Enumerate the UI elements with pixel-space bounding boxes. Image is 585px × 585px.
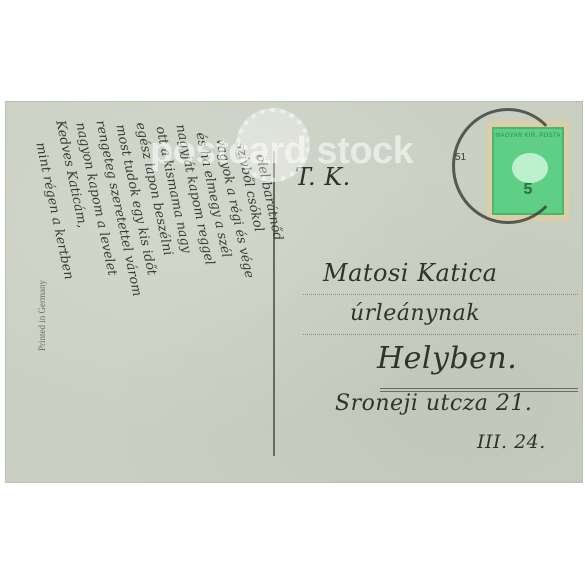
addressee-title: úrleánynak — [350, 301, 480, 326]
postmark-text: 51 — [455, 152, 466, 163]
addressee-name: Matosi Katica — [323, 259, 497, 287]
watermark-text: postcard stock — [150, 130, 413, 173]
printed-in-germany-label: Printed in Germany — [37, 280, 47, 351]
date-text: III. 24. — [477, 431, 546, 453]
postmark-circle — [452, 108, 564, 224]
address-dotted-line — [303, 334, 578, 335]
address-dotted-line — [303, 294, 578, 295]
address-street: Sroneji utcza 21. — [335, 391, 532, 416]
address-city: Helyben. — [377, 341, 517, 376]
